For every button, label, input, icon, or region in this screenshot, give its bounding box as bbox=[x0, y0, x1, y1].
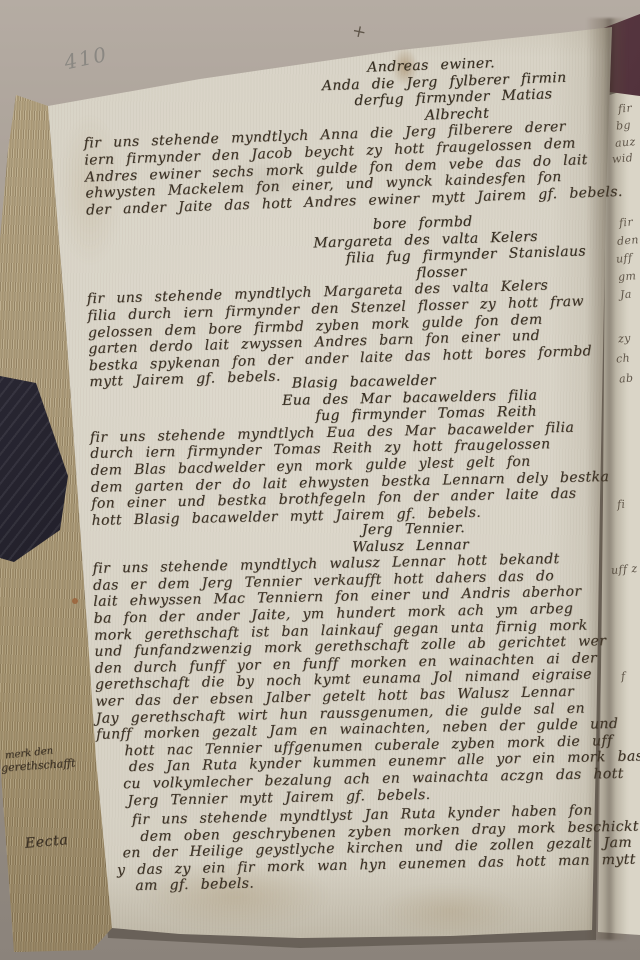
handwritten-text-block: Andreas ewiner.Anda die Jerg fylberer fi… bbox=[82, 49, 625, 920]
entry-lines: fir uns stehende myndtlych walusz Lennar… bbox=[92, 550, 622, 810]
entry-lines: fir uns stehende myndtlych Anna die Jerg… bbox=[84, 118, 612, 219]
entry-section-jan-ruta-kynder: fir uns stehende myndtlyst Jan Ruta kynd… bbox=[98, 802, 625, 896]
book-gutter bbox=[586, 18, 628, 940]
entry-section-blasig-bacawelder: Blasig bacawelderEua des Mar bacawelders… bbox=[89, 369, 617, 529]
entry-section-jerg-tennier: Jerg Tennier.Walusz Lennar fir uns stehe… bbox=[92, 517, 623, 810]
manuscript-photo: firbgauzwidfirdenuffgmJazychabfiuff zf 4… bbox=[0, 0, 640, 960]
entry-section-andreas-ewiner: Andreas ewiner.Anda die Jerg fylberer fi… bbox=[81, 51, 611, 219]
entry-lines: fir uns stehende myndtlych Eua des Mar b… bbox=[90, 419, 617, 530]
page-mark: + bbox=[350, 21, 368, 44]
entry-lines: fir uns stehende myndtlyst Jan Ruta kynd… bbox=[98, 802, 625, 896]
entry-section-margareta-kelers: bore formbdMargareta des valta Kelersfil… bbox=[85, 210, 615, 391]
